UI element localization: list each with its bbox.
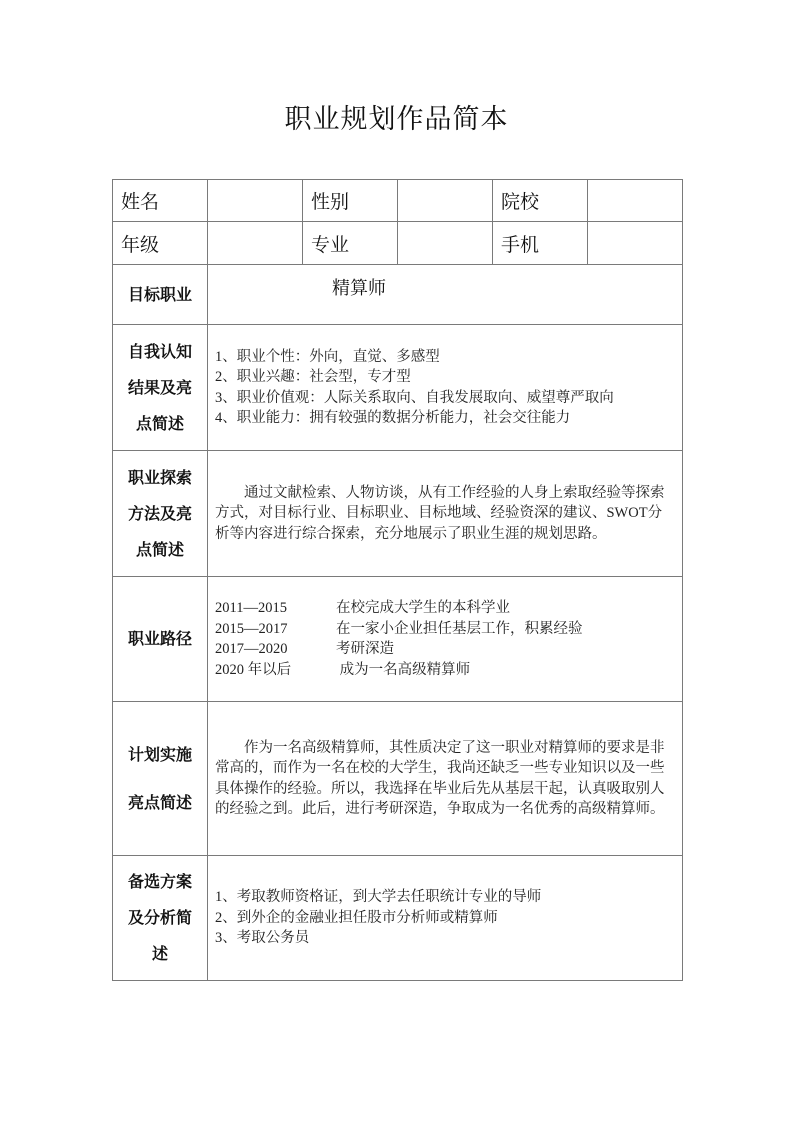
plan-text: 作为一名高级精算师，其性质决定了这一职业对精算师的要求是非常高的，而作为一名在校… <box>215 738 676 820</box>
exploration-row: 职业探索 方法及亮 点简述 通过文献检索、人物访谈，从有工作经验的人身上索取经验… <box>113 451 683 577</box>
alternatives-label: 备选方案 及分析简 述 <box>113 856 208 981</box>
grade-label: 年级 <box>113 222 208 265</box>
label-line: 点简述 <box>113 406 207 442</box>
path-period: 2011—2015 <box>215 598 336 619</box>
path-item: 2020 年以后 成为一名高级精算师 <box>215 660 676 681</box>
phone-field[interactable] <box>588 222 683 265</box>
document-title: 职业规划作品简本 <box>0 97 793 136</box>
list-item: 4、职业能力：拥有较强的数据分析能力，社会交往能力 <box>215 408 676 429</box>
gender-field[interactable] <box>398 180 493 222</box>
list-item: 2、到外企的金融业担任股市分析师或精算师 <box>215 908 676 929</box>
path-item: 2015—2017 在一家小企业担任基层工作，积累经验 <box>215 619 676 640</box>
plan-label: 计划实施 亮点简述 <box>113 702 208 856</box>
target-job-label: 目标职业 <box>113 265 208 325</box>
label-line: 自我认知 <box>113 334 207 370</box>
path-item: 2011—2015 在校完成大学生的本科学业 <box>215 598 676 619</box>
target-job-row: 目标职业 精算师 <box>113 265 683 325</box>
list-item: 3、职业价值观：人际关系取向、自我发展取向、威望尊严取向 <box>215 388 676 409</box>
list-item: 2、职业兴趣：社会型，专才型 <box>215 367 676 388</box>
exploration-content: 通过文献检索、人物访谈，从有工作经验的人身上索取经验等探索方式，对目标行业、目标… <box>208 451 683 577</box>
exploration-text: 通过文献检索、人物访谈，从有工作经验的人身上索取经验等探索方式，对目标行业、目标… <box>215 483 676 545</box>
plan-row: 计划实施 亮点简述 作为一名高级精算师，其性质决定了这一职业对精算师的要求是非常… <box>113 702 683 856</box>
list-item: 1、考取教师资格证，到大学去任职统计专业的导师 <box>215 887 676 908</box>
path-desc: 成为一名高级精算师 <box>336 660 470 681</box>
alternatives-row: 备选方案 及分析简 述 1、考取教师资格证，到大学去任职统计专业的导师 2、到外… <box>113 856 683 981</box>
career-path-label: 职业路径 <box>113 577 208 702</box>
basic-info-row-2: 年级 专业 手机 <box>113 222 683 265</box>
list-item: 3、考取公务员 <box>215 928 676 949</box>
career-path-row: 职业路径 2011—2015 在校完成大学生的本科学业 2015—2017 在一… <box>113 577 683 702</box>
target-job-value: 精算师 <box>208 265 683 325</box>
school-field[interactable] <box>588 180 683 222</box>
label-line: 职业探索 <box>113 460 207 496</box>
path-item: 2017—2020 考研深造 <box>215 639 676 660</box>
basic-info-row-1: 姓名 性别 院校 <box>113 180 683 222</box>
path-desc: 考研深造 <box>336 639 394 660</box>
gender-label: 性别 <box>303 180 398 222</box>
career-plan-table: 姓名 性别 院校 年级 专业 手机 目标职业 精算师 自我认知 结果及亮 点简述… <box>112 179 683 981</box>
exploration-label: 职业探索 方法及亮 点简述 <box>113 451 208 577</box>
path-desc: 在校完成大学生的本科学业 <box>336 598 510 619</box>
phone-label: 手机 <box>493 222 588 265</box>
label-line: 亮点简述 <box>113 779 207 827</box>
path-period: 2017—2020 <box>215 639 336 660</box>
self-awareness-content: 1、职业个性：外向，直觉、多感型 2、职业兴趣：社会型，专才型 3、职业价值观：… <box>208 325 683 451</box>
label-line: 及分析简 <box>113 900 207 936</box>
self-awareness-label: 自我认知 结果及亮 点简述 <box>113 325 208 451</box>
label-line: 方法及亮 <box>113 496 207 532</box>
plan-content: 作为一名高级精算师，其性质决定了这一职业对精算师的要求是非常高的，而作为一名在校… <box>208 702 683 856</box>
path-period: 2020 年以后 <box>215 660 336 681</box>
career-path-content: 2011—2015 在校完成大学生的本科学业 2015—2017 在一家小企业担… <box>208 577 683 702</box>
name-field[interactable] <box>208 180 303 222</box>
label-line: 点简述 <box>113 532 207 568</box>
major-label: 专业 <box>303 222 398 265</box>
label-line: 备选方案 <box>113 864 207 900</box>
name-label: 姓名 <box>113 180 208 222</box>
self-awareness-row: 自我认知 结果及亮 点简述 1、职业个性：外向，直觉、多感型 2、职业兴趣：社会… <box>113 325 683 451</box>
major-field[interactable] <box>398 222 493 265</box>
grade-field[interactable] <box>208 222 303 265</box>
label-line: 计划实施 <box>113 731 207 779</box>
list-item: 1、职业个性：外向，直觉、多感型 <box>215 347 676 368</box>
school-label: 院校 <box>493 180 588 222</box>
alternatives-content: 1、考取教师资格证，到大学去任职统计专业的导师 2、到外企的金融业担任股市分析师… <box>208 856 683 981</box>
label-line: 述 <box>113 936 207 972</box>
path-desc: 在一家小企业担任基层工作，积累经验 <box>336 619 583 640</box>
label-line: 结果及亮 <box>113 370 207 406</box>
path-period: 2015—2017 <box>215 619 336 640</box>
